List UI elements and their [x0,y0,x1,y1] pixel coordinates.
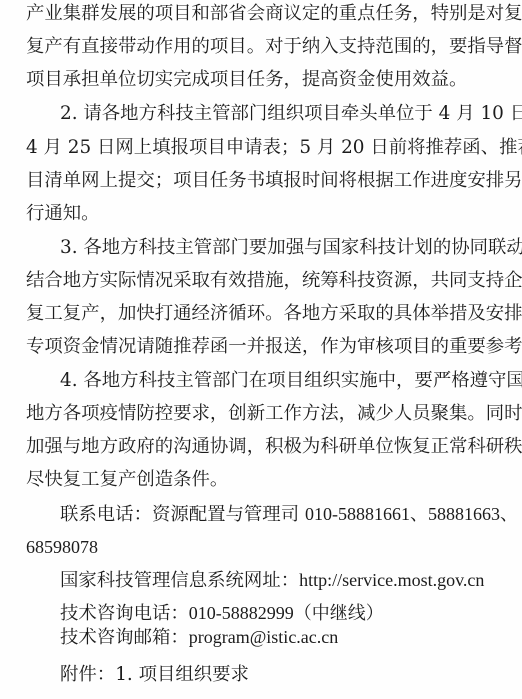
item-4-line: 4. 各地方科技主管部门在项目组织实施中，要严格遵守国家、 [60,368,498,394]
attachment-line: 附件：1. 项目组织要求 [60,662,498,688]
item-4-line: 加强与地方政府的沟通协调，积极为科研单位恢复正常科研秩序、 [26,434,498,460]
contact-phone-numbers: 010-58881661、58881663、 [305,504,518,524]
document-page: 产业集群发展的项目和部省会商议定的重点任务，特别是对复工 复产有直接带动作用的项… [0,0,522,699]
contact-phone-label: 联系电话：资源配置与管理司 [60,504,299,525]
contact-tech-phone: 技术咨询电话：010-58882999（中继线） [60,600,498,626]
paragraph-line: 项目承担单位切实完成项目任务，提高资金使用效益。 [26,67,498,93]
contact-phone: 联系电话：资源配置与管理司 010-58881661、58881663、 [60,501,498,527]
contact-website-url[interactable]: http://service.most.gov.cn [299,570,484,590]
contact-tech-phone-value: 010-58882999（中继线） [189,603,384,623]
item-4-line: 尽快复工复产创造条件。 [26,467,498,493]
contact-tech-email: 技术咨询邮箱：program@istic.ac.cn [60,624,498,650]
item-2-line: 4 月 25 日网上填报项目申请表；5 月 20 日前将推荐函、推荐项 [26,135,498,161]
item-4-line: 地方各项疫情防控要求，创新工作方法，减少人员聚集。同时要 [26,401,498,427]
item-3-line: 3. 各地方科技主管部门要加强与国家科技计划的协同联动， [60,235,498,261]
contact-website-label: 国家科技管理信息系统网址： [60,570,299,591]
paragraph-line: 产业集群发展的项目和部省会商议定的重点任务，特别是对复工 [26,1,498,27]
item-3-line: 复工复产，加快打通经济循环。各地方采取的具体举措及安排的 [26,301,498,327]
contact-tech-email-label: 技术咨询邮箱： [60,627,189,648]
item-2-line: 目清单网上提交；项目任务书填报时间将根据工作进度安排另 [26,168,498,194]
attachment-label: 附件： [60,664,115,685]
contact-tech-email-value[interactable]: program@istic.ac.cn [189,627,339,647]
contact-phone-numbers-continued: 68598078 [26,537,98,557]
item-3-line: 专项资金情况请随推荐函一并报送，作为审核项目的重要参考。 [26,334,498,360]
contact-website: 国家科技管理信息系统网址：http://service.most.gov.cn [60,567,498,593]
item-3-line: 结合地方实际情况采取有效措施，统筹科技资源，共同支持企业 [26,268,498,294]
contact-phone-continued: 68598078 [26,534,498,560]
contact-tech-phone-label: 技术咨询电话： [60,603,189,624]
attachment-item: 1. 项目组织要求 [115,664,249,685]
paragraph-line: 复产有直接带动作用的项目。对于纳入支持范围的，要指导督促 [26,34,498,60]
item-2-line: 2. 请各地方科技主管部门组织项目牵头单位于 4 月 10 日至 [60,101,498,127]
item-2-line: 行通知。 [26,201,498,227]
